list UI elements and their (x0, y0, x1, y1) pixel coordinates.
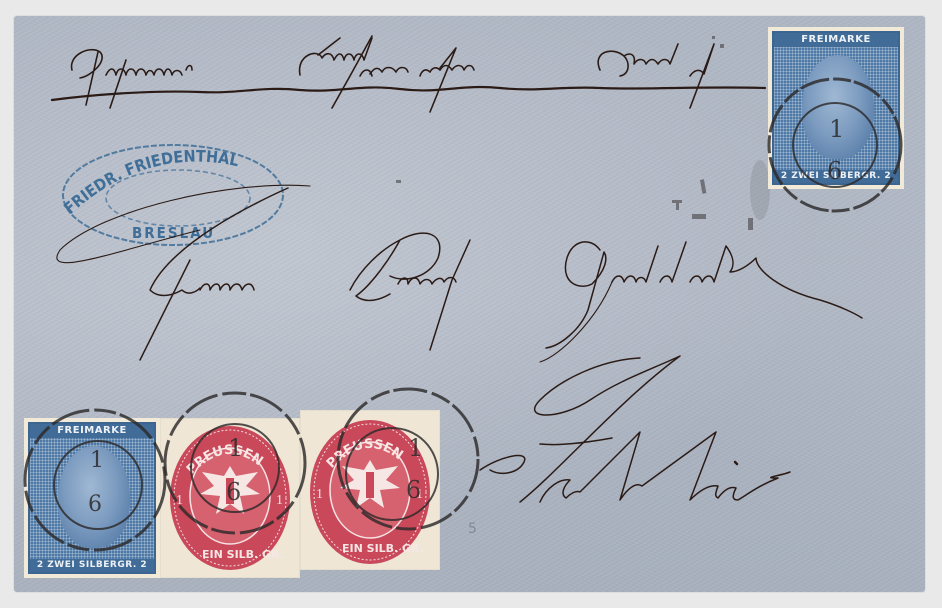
pencil-note: 5 (468, 521, 477, 537)
circular-postmark-icon: 1 6 (160, 388, 310, 538)
postmark-month: 6 (226, 478, 241, 506)
postmark-day: 1 (90, 448, 104, 473)
postmark-month: 6 (406, 476, 421, 504)
postmark-month: 6 (827, 157, 842, 185)
postmark-bottom-mid: 1 6 (160, 388, 310, 538)
postmark-day: 1 (829, 115, 844, 143)
postmark-top-right: 1 6 (765, 75, 905, 215)
stamp-header: FREIMARKE (774, 33, 898, 47)
circular-postmark-icon: 1 6 (765, 75, 905, 215)
postmark-bottom-left: 1 6 (20, 405, 170, 555)
stamp-footer: 2 ZWEI SILBERGR. 2 (30, 559, 154, 572)
postmark-month: 6 (88, 492, 102, 517)
postmark-bottom-right: 1 6 (320, 384, 480, 544)
postmark-day: 1 (228, 434, 243, 462)
cutout-bottom-text: EIN SILB. GR. (202, 548, 284, 561)
circular-postmark-icon: 1 6 (20, 405, 170, 555)
postmark-day: 1 (408, 434, 423, 462)
circular-postmark-icon: 1 6 (320, 384, 480, 544)
